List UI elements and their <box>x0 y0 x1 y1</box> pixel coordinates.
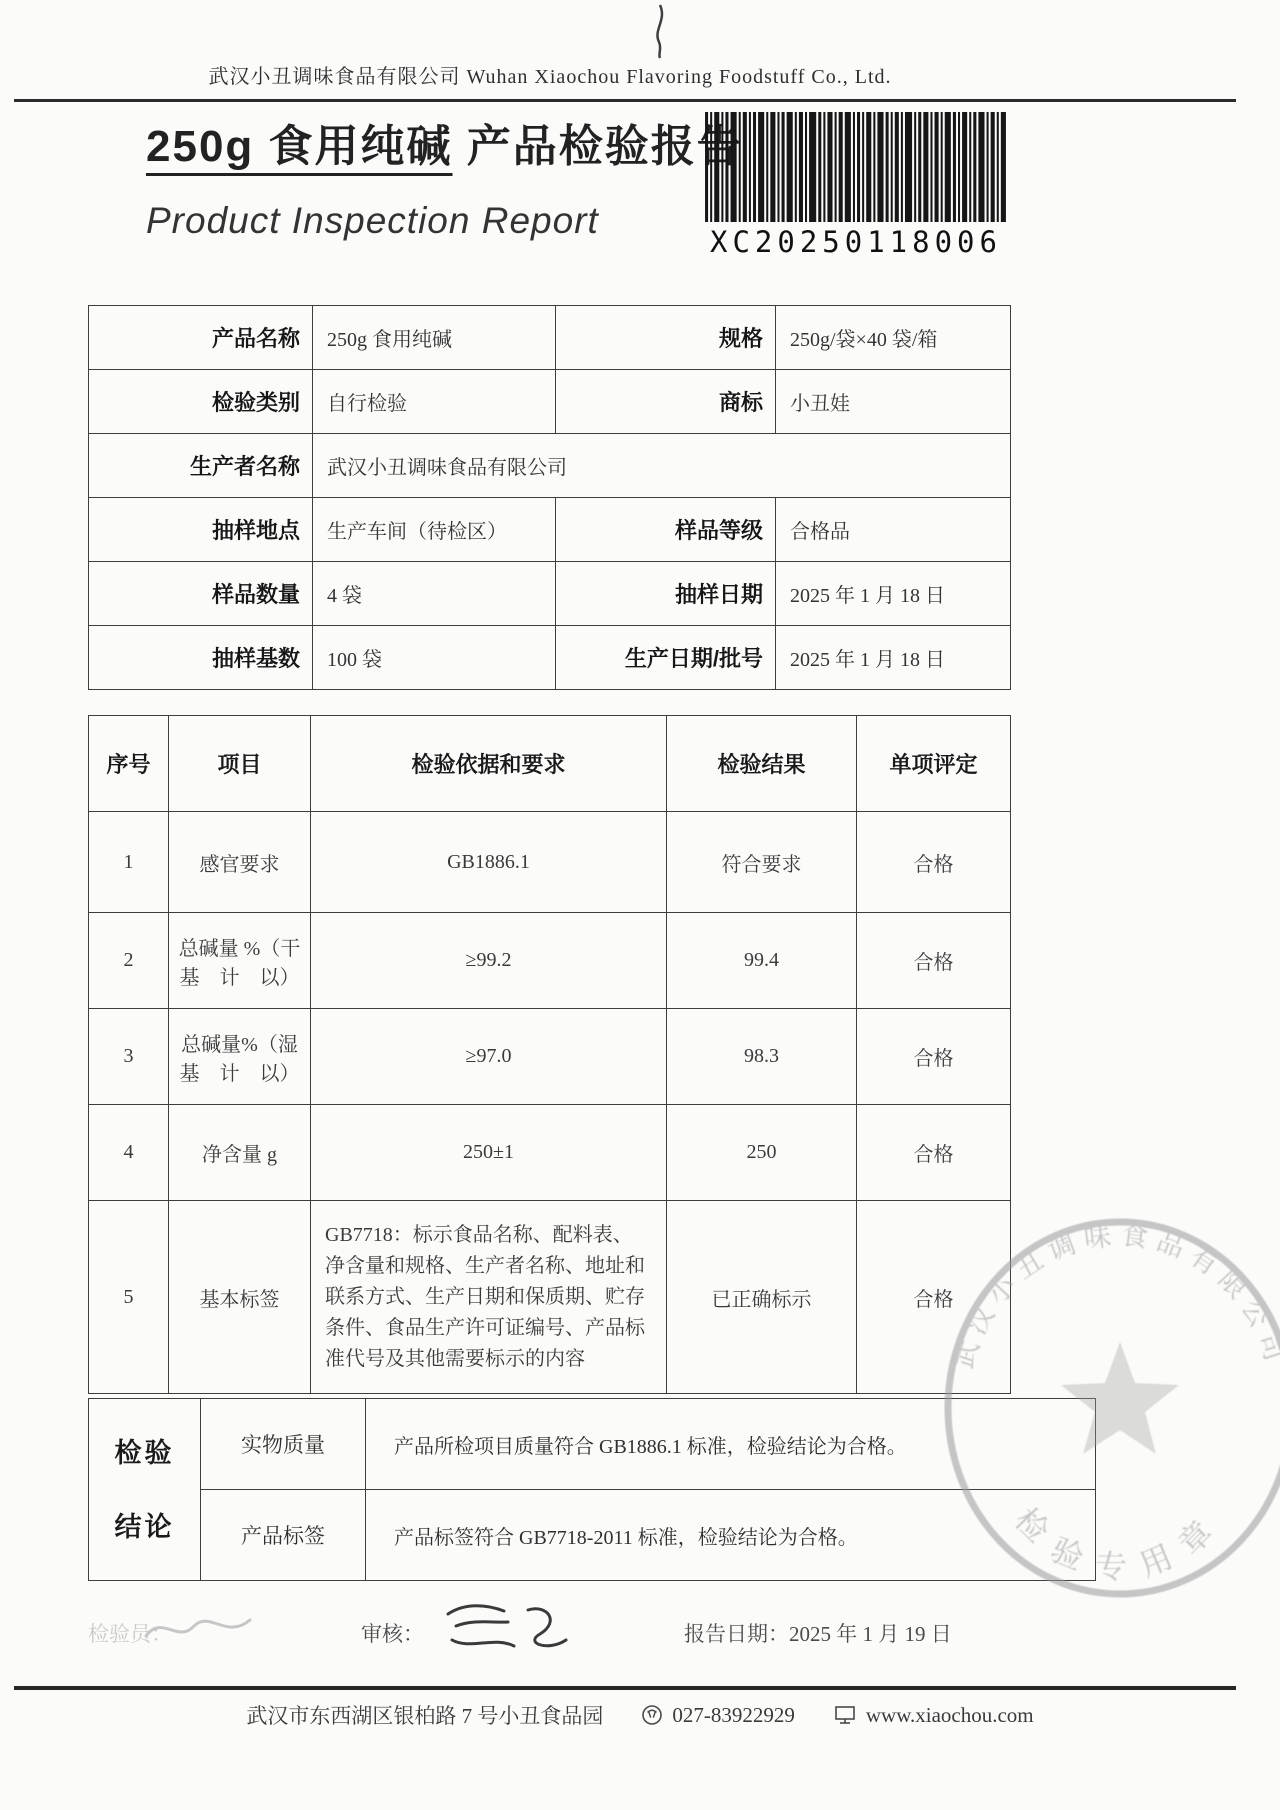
cell-evaluation: 合格 <box>857 913 1011 1009</box>
field-value: 小丑娃 <box>776 370 1011 434</box>
reviewer-signature <box>436 1596 586 1658</box>
english-title: Product Inspection Report <box>146 200 743 242</box>
table-row: 1 感官要求 GB1886.1 符合要求 合格 <box>89 812 1011 913</box>
cell-evaluation: 合格 <box>857 1009 1011 1105</box>
title-block: 250g 食用纯碱 产品检验报告 Product Inspection Repo… <box>146 110 743 242</box>
cell-no: 3 <box>89 1009 169 1105</box>
table-row: 检验 结论 实物质量 产品所检项目质量符合 GB1886.1 标准，检验结论为合… <box>89 1399 1096 1490</box>
cell-item: 总碱量%（湿 基 计 以） <box>169 1009 311 1105</box>
cell-requirement: 250±1 <box>311 1105 667 1201</box>
signature-row: 检验员： 审核： 报告日期：2025 年 1 月 19 日 <box>88 1598 1208 1668</box>
cell-item: 基本标签 <box>169 1201 311 1394</box>
column-header: 检验结果 <box>667 716 857 812</box>
column-header: 项目 <box>169 716 311 812</box>
footer-website: www.xiaochou.com <box>866 1703 1034 1728</box>
conclusion-text: 产品所检项目质量符合 GB1886.1 标准，检验结论为合格。 <box>366 1399 1096 1490</box>
table-header-row: 序号 项目 检验依据和要求 检验结果 单项评定 <box>89 716 1011 812</box>
cell-result: 250 <box>667 1105 857 1201</box>
cell-evaluation: 合格 <box>857 1201 1011 1394</box>
report-date-value: 2025 年 1 月 19 日 <box>789 1622 952 1646</box>
company-header: 武汉小丑调味食品有限公司 Wuhan Xiaochou Flavoring Fo… <box>0 60 1100 89</box>
cell-result: 98.3 <box>667 1009 857 1105</box>
inspector-signature <box>138 1604 268 1652</box>
field-value: 2025 年 1 月 18 日 <box>776 562 1011 626</box>
phone-icon <box>641 1704 663 1726</box>
report-date-label: 报告日期： <box>684 1622 789 1646</box>
cell-item: 净含量 g <box>169 1105 311 1201</box>
field-label: 样品数量 <box>89 562 313 626</box>
cell-no: 5 <box>89 1201 169 1394</box>
table-row: 检验类别 自行检验 商标 小丑娃 <box>89 370 1011 434</box>
cell-requirement: ≥97.0 <box>311 1009 667 1105</box>
reviewer-label: 审核： <box>361 1618 424 1648</box>
table-row: 产品标签 产品标签符合 GB7718-2011 标准，检验结论为合格。 <box>89 1490 1096 1581</box>
cell-result: 已正确标示 <box>667 1201 857 1394</box>
table-row: 样品数量 4 袋 抽样日期 2025 年 1 月 18 日 <box>89 562 1011 626</box>
report-date: 报告日期：2025 年 1 月 19 日 <box>684 1618 952 1648</box>
table-row: 抽样基数 100 袋 生产日期/批号 2025 年 1 月 18 日 <box>89 626 1011 690</box>
conclusion-label: 产品标签 <box>201 1490 366 1581</box>
cell-requirement: ≥99.2 <box>311 913 667 1009</box>
cell-result: 符合要求 <box>667 812 857 913</box>
field-value: 250g 食用纯碱 <box>313 306 556 370</box>
table-row: 产品名称 250g 食用纯碱 规格 250g/袋×40 袋/箱 <box>89 306 1011 370</box>
conclusion-header: 检验 结论 <box>89 1399 201 1581</box>
field-value: 100 袋 <box>313 626 556 690</box>
field-label: 产品名称 <box>89 306 313 370</box>
column-header: 单项评定 <box>857 716 1011 812</box>
table-row: 生产者名称 武汉小丑调味食品有限公司 <box>89 434 1011 498</box>
barcode-bars-icon <box>703 112 1009 222</box>
field-value: 自行检验 <box>313 370 556 434</box>
cell-item: 总碱量 %（干 基 计 以） <box>169 913 311 1009</box>
product-name-title: 250g 食用纯碱 <box>146 122 453 171</box>
table-row: 抽样地点 生产车间（待检区） 样品等级 合格品 <box>89 498 1011 562</box>
cell-item: 感官要求 <box>169 812 311 913</box>
field-value: 250g/袋×40 袋/箱 <box>776 306 1011 370</box>
barcode-number: XC20250118006 <box>703 225 1009 259</box>
cell-evaluation: 合格 <box>857 812 1011 913</box>
page-title: 250g 食用纯碱 产品检验报告 <box>146 110 743 174</box>
footer-website-group: www.xiaochou.com <box>833 1703 1034 1728</box>
field-label: 样品等级 <box>556 498 776 562</box>
footer-phone-group: 027-83922929 <box>641 1703 795 1728</box>
footer-address: 武汉市东西湖区银柏路 7 号小丑食品园 <box>246 1700 603 1730</box>
conclusion-text: 产品标签符合 GB7718-2011 标准，检验结论为合格。 <box>366 1490 1096 1581</box>
column-header: 检验依据和要求 <box>311 716 667 812</box>
field-label: 生产者名称 <box>89 434 313 498</box>
conclusion-table: 检验 结论 实物质量 产品所检项目质量符合 GB1886.1 标准，检验结论为合… <box>88 1398 1096 1581</box>
field-label: 抽样日期 <box>556 562 776 626</box>
field-value: 合格品 <box>776 498 1011 562</box>
pen-mark-artifact <box>645 2 675 60</box>
field-label: 检验类别 <box>89 370 313 434</box>
cell-no: 1 <box>89 812 169 913</box>
field-value: 武汉小丑调味食品有限公司 <box>313 434 1011 498</box>
inspection-report-page: 武汉小丑调味食品有限公司 Wuhan Xiaochou Flavoring Fo… <box>0 0 1280 1810</box>
column-header: 序号 <box>89 716 169 812</box>
table-row: 2 总碱量 %（干 基 计 以） ≥99.2 99.4 合格 <box>89 913 1011 1009</box>
field-value: 4 袋 <box>313 562 556 626</box>
field-label: 抽样地点 <box>89 498 313 562</box>
cell-result: 99.4 <box>667 913 857 1009</box>
cell-no: 2 <box>89 913 169 1009</box>
table-row: 5 基本标签 GB7718：标示食品名称、配料表、净含量和规格、生产者名称、地址… <box>89 1201 1011 1394</box>
footer-rule <box>14 1686 1236 1690</box>
field-label: 生产日期/批号 <box>556 626 776 690</box>
field-label: 商标 <box>556 370 776 434</box>
product-info-table: 产品名称 250g 食用纯碱 规格 250g/袋×40 袋/箱 检验类别 自行检… <box>88 305 1011 690</box>
cell-no: 4 <box>89 1105 169 1201</box>
field-label: 规格 <box>556 306 776 370</box>
inspection-items-table: 序号 项目 检验依据和要求 检验结果 单项评定 1 感官要求 GB1886.1 … <box>88 715 1011 1394</box>
footer-phone: 027-83922929 <box>672 1703 795 1728</box>
cell-requirement: GB1886.1 <box>311 812 667 913</box>
table-row: 4 净含量 g 250±1 250 合格 <box>89 1105 1011 1201</box>
cell-evaluation: 合格 <box>857 1105 1011 1201</box>
cell-requirement: GB7718：标示食品名称、配料表、净含量和规格、生产者名称、地址和联系方式、生… <box>311 1201 667 1394</box>
barcode: XC20250118006 <box>703 112 1009 259</box>
computer-icon <box>833 1704 857 1726</box>
footer: 武汉市东西湖区银柏路 7 号小丑食品园 027-83922929 www.xia… <box>0 1700 1280 1730</box>
header-rule <box>14 99 1236 102</box>
field-value: 2025 年 1 月 18 日 <box>776 626 1011 690</box>
field-value: 生产车间（待检区） <box>313 498 556 562</box>
field-label: 抽样基数 <box>89 626 313 690</box>
table-row: 3 总碱量%（湿 基 计 以） ≥97.0 98.3 合格 <box>89 1009 1011 1105</box>
conclusion-label: 实物质量 <box>201 1399 366 1490</box>
report-title: 产品检验报告 <box>467 122 743 171</box>
